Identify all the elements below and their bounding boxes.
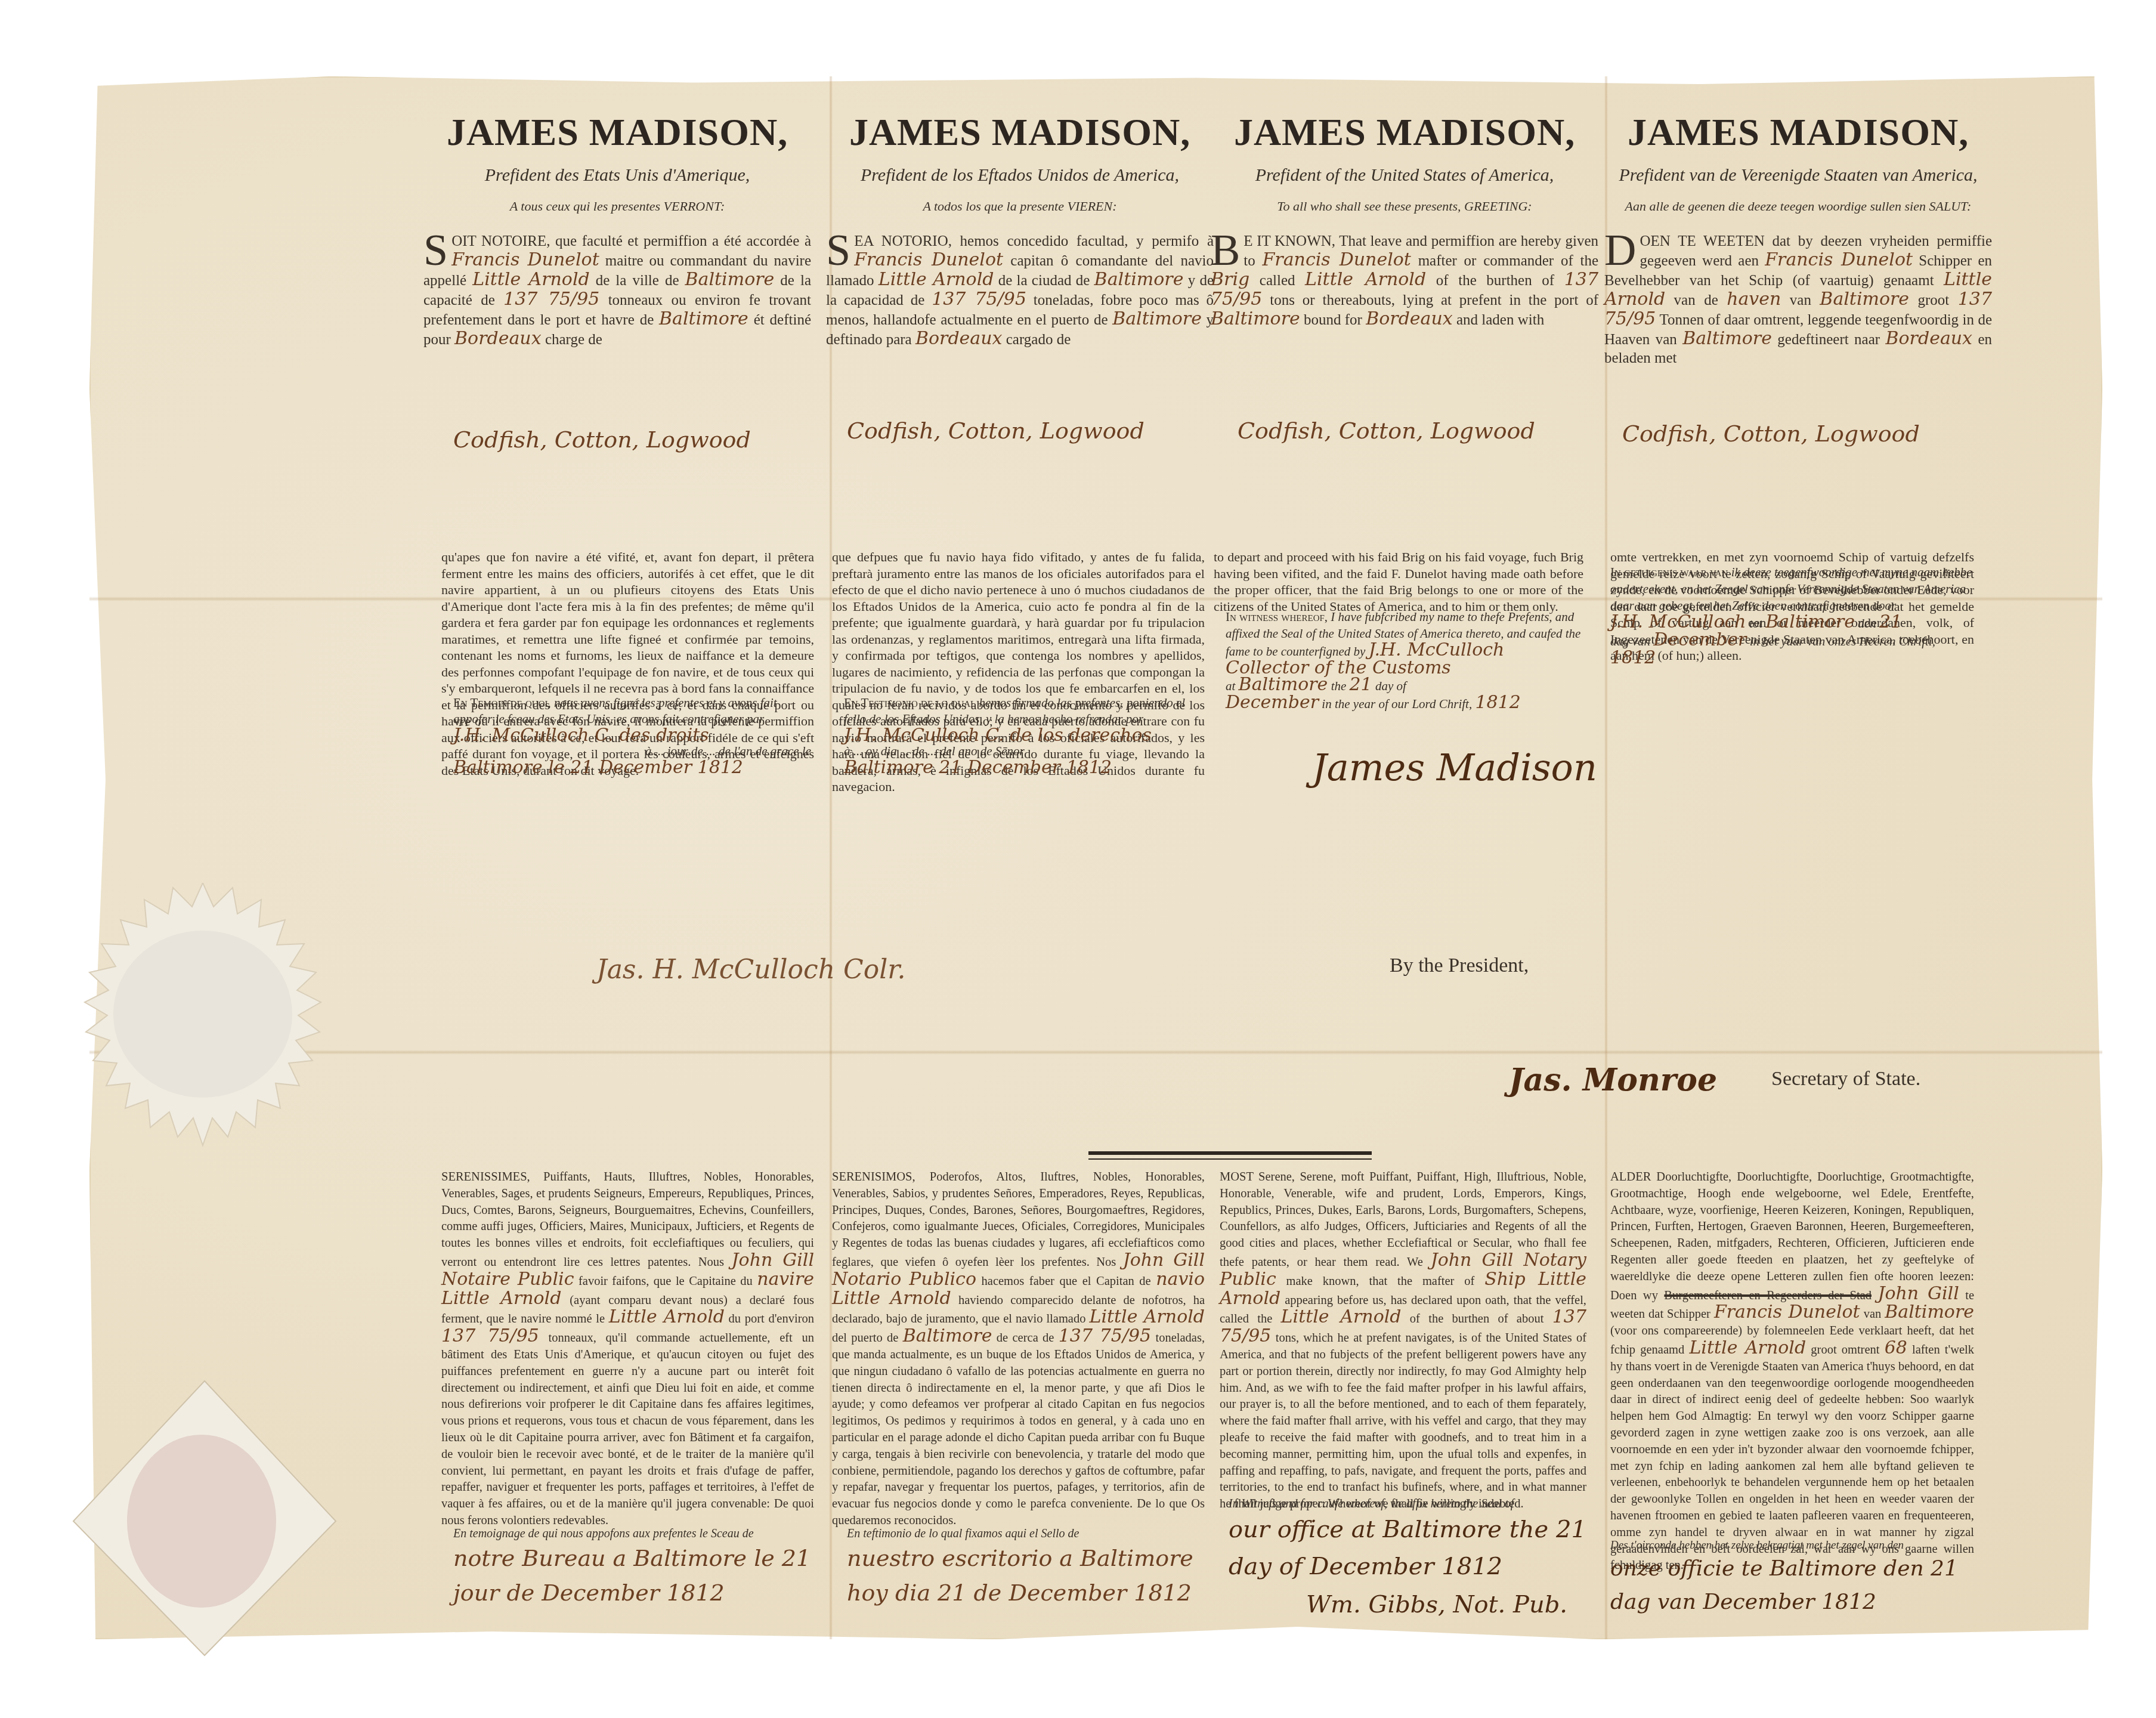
closing-french: En temoignage de qui nous appofons aux p… <box>453 1527 823 1610</box>
opening-paragraph: SEA NOTORIO, hemos concedido facultad, y… <box>826 232 1214 322</box>
cargo-french: Codfish, Cotton, Logwood <box>453 427 751 453</box>
column-subtitle: Prefident of the United States of Americ… <box>1211 165 1598 186</box>
fill-master: Francis Dunelot <box>451 249 599 270</box>
witness-french: En Temoin de quoi, nous avons figné les … <box>453 695 811 775</box>
wafer-seal-icon <box>70 1378 339 1658</box>
column-greeting: A todos los que la presente VIEREN: <box>826 199 1214 214</box>
sealetter-english: MOST Serene, Serene, moft Puiffant, Puif… <box>1220 1169 1586 1513</box>
signature-james-madison: James Madison <box>1312 746 1597 789</box>
divider-rule <box>1088 1158 1372 1160</box>
column-title: JAMES MADISON, <box>423 110 811 155</box>
closing-dutch: Des t'oirconde hebben het zelve bekragti… <box>1610 1539 1998 1619</box>
closing-english: In Witnefs and for caufe whereof, we aff… <box>1229 1497 1598 1618</box>
column-french: JAMES MADISON, Prefident des Etats Unis … <box>423 110 811 322</box>
column-subtitle: Prefident des Etats Unis d'Amerique, <box>423 165 811 186</box>
cargo-spanish: Codfish, Cotton, Logwood <box>847 418 1144 444</box>
column-title: JAMES MADISON, <box>826 110 1214 155</box>
fill-ship: Little Arnold <box>472 269 589 290</box>
column-dutch: JAMES MADISON, Prefident van de Vereenig… <box>1604 110 1992 322</box>
sealetter-dutch: ALDER Doorluchtigfte, Doorluchtigfte, Do… <box>1610 1169 1974 1574</box>
column-greeting: Aan alle de geenen die deeze teegen woor… <box>1604 199 1992 214</box>
secretary-of-state: Secretary of State. <box>1771 1068 1920 1090</box>
witness-dutch: In getuigenis waar van ik deeze teegenfw… <box>1610 564 1974 668</box>
witness-spanish: En Testimonio de lo qual hemos firmado l… <box>844 695 1202 775</box>
column-title: JAMES MADISON, <box>1211 110 1598 155</box>
sealetter-french: SERENISSIMES, Puiffants, Hauts, Illuftre… <box>441 1169 814 1529</box>
fold-line-horizontal <box>89 1050 2102 1055</box>
struck-text: Burgemeefteren en Regeerders der Stad <box>1664 1289 1872 1302</box>
column-spanish: JAMES MADISON, Prefident de los Eftados … <box>826 110 1214 322</box>
opening-paragraph: SOIT NOTOIRE, que faculté et permiffion … <box>423 232 811 322</box>
by-the-president: By the President, <box>1390 954 1529 977</box>
opening-paragraph: BE IT KNOWN, That leave and permiffion a… <box>1211 232 1598 322</box>
sealetter-spanish: SERENISIMOS, Poderofos, Altos, Iluftres,… <box>832 1169 1205 1529</box>
column-title: JAMES MADISON, <box>1604 110 1992 155</box>
cargo-english: Codfish, Cotton, Logwood <box>1238 418 1535 444</box>
fill-city: Baltimore <box>685 269 775 290</box>
signature-mcculloch: Jas. H. McCulloch Colr. <box>596 954 905 985</box>
opening-paragraph: DOEN TE WEETEN dat by deezen vryheiden p… <box>1604 232 1992 322</box>
body-english: to depart and proceed with his faid Brig… <box>1214 549 1583 614</box>
cargo-dutch: Codfish, Cotton, Logwood <box>1622 421 1920 447</box>
column-english: JAMES MADISON, Prefident of the United S… <box>1211 110 1598 322</box>
signature-notary: Wm. Gibbs, Not. Pub. <box>1306 1591 1598 1618</box>
column-subtitle: Prefident van de Vereenigde Staaten van … <box>1604 165 1992 186</box>
column-greeting: A tous ceux qui les presentes VERRONT: <box>423 199 811 214</box>
signature-monroe: Jas. Monroe <box>1509 1062 1717 1098</box>
column-greeting: To all who shall see these presents, GRE… <box>1211 199 1598 214</box>
witness-english: In witness whereof, I have fubfcribed my… <box>1226 608 1583 712</box>
embossed-seal-icon <box>60 883 346 1163</box>
divider-rule <box>1088 1151 1372 1155</box>
closing-spanish: En teftimonio de lo qual fixamos aqui el… <box>847 1527 1217 1610</box>
column-subtitle: Prefident de los Eftados Unidos de Ameri… <box>826 165 1214 186</box>
